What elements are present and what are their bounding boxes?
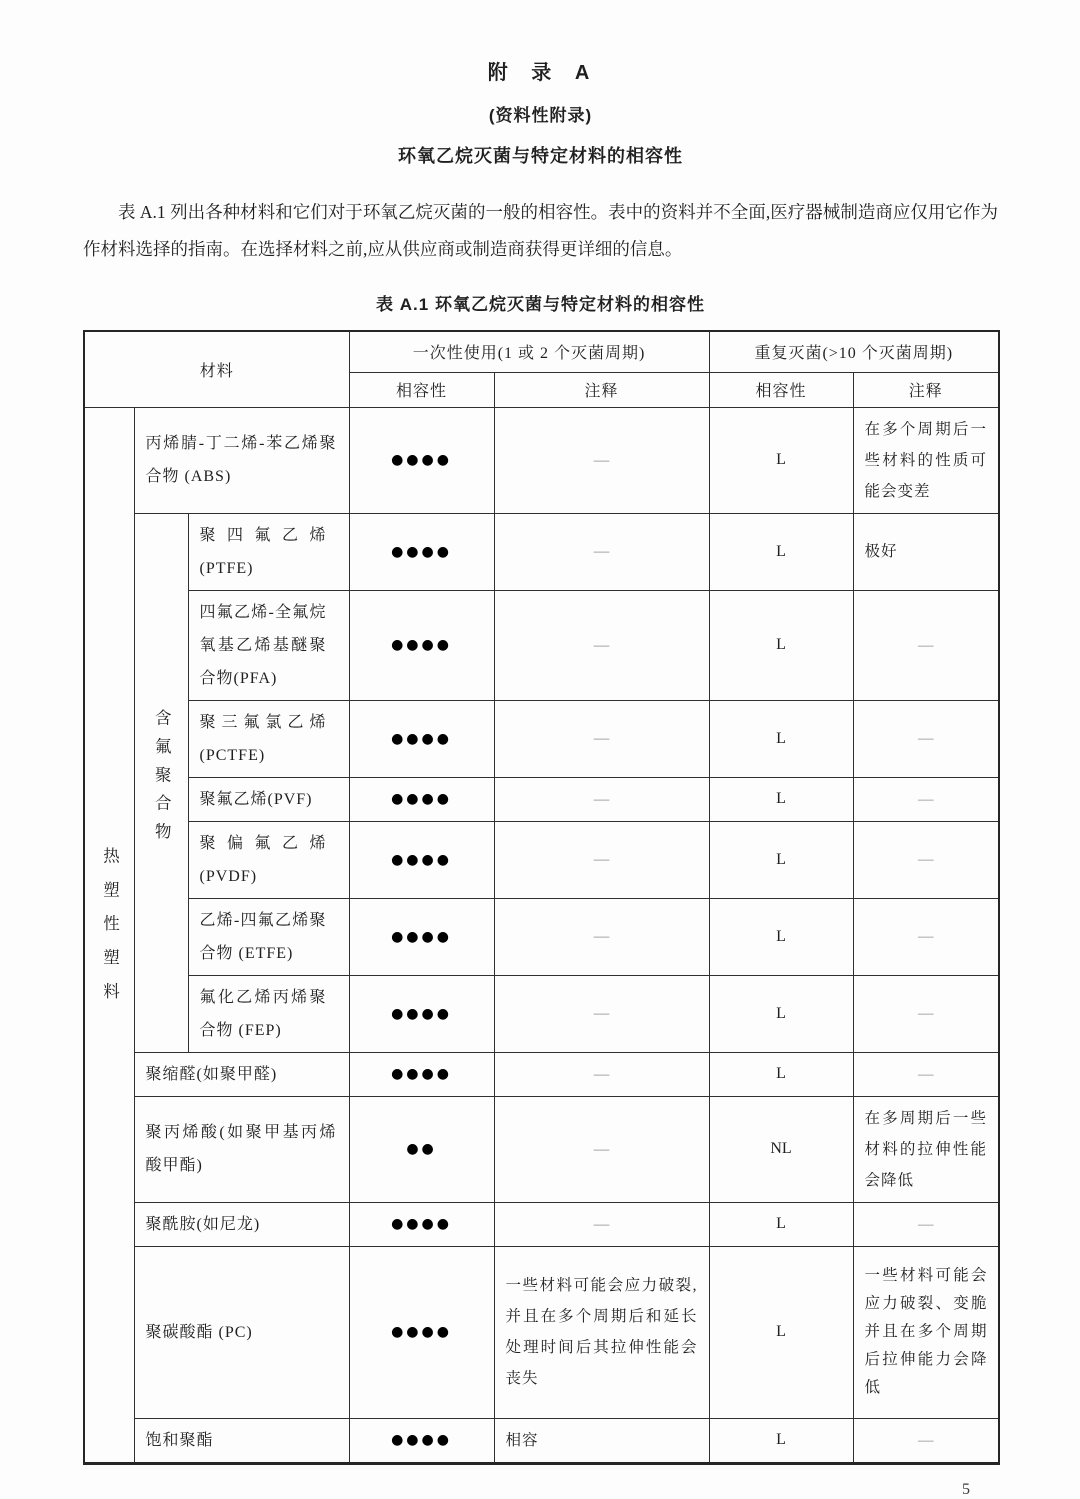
single-note-cell: 相容 <box>494 1418 709 1463</box>
header-single-notes: 注释 <box>494 372 709 407</box>
table-caption: 表 A.1 环氧乙烷灭菌与特定材料的相容性 <box>83 290 998 315</box>
single-note-cell: — <box>494 898 709 975</box>
single-compatibility-cell: ●●●● <box>349 821 494 898</box>
single-note-cell: — <box>494 1202 709 1246</box>
material-name-cell: 聚氟乙烯(PVF) <box>188 777 349 821</box>
material-name-cell: 聚偏氟乙烯(PVDF) <box>188 821 349 898</box>
repeat-note-cell: 在多个周期后一些材料的性质可能会变差 <box>853 407 999 513</box>
repeat-compatibility-cell: L <box>709 513 853 590</box>
single-compatibility-cell: ●●●● <box>349 700 494 777</box>
header-repeat-notes: 注释 <box>853 372 999 407</box>
header-repeated-group: 重复灭菌(>10 个灭菌周期) <box>709 331 999 372</box>
material-name-cell: 四氟乙烯-全氟烷氧基乙烯基醚聚合物(PFA) <box>188 590 349 700</box>
single-compatibility-cell: ●●●● <box>349 898 494 975</box>
appendix-type-subtitle: (资料性附录) <box>83 101 998 126</box>
single-compatibility-cell: ●●●● <box>349 1418 494 1463</box>
material-name-cell: 聚缩醛(如聚甲醛) <box>134 1052 349 1096</box>
repeat-compatibility-cell: L <box>709 407 853 513</box>
single-compatibility-cell: ●●●● <box>349 1202 494 1246</box>
repeat-note-cell: — <box>853 700 999 777</box>
repeat-note-cell: — <box>853 821 999 898</box>
table-row: 热塑性塑料 丙烯腈-丁二烯-苯乙烯聚合物 (ABS) ●●●● — L 在多个周… <box>84 407 999 513</box>
table-row: 聚缩醛(如聚甲醛) ●●●● — L — <box>84 1052 999 1096</box>
single-note-cell: — <box>494 407 709 513</box>
repeat-compatibility-cell: L <box>709 821 853 898</box>
repeat-note-cell: — <box>853 1418 999 1463</box>
intro-paragraph: 表 A.1 列出各种材料和它们对于环氧乙烷灭菌的一般的相容性。表中的资料并不全面… <box>83 194 998 268</box>
repeat-compatibility-cell: L <box>709 590 853 700</box>
repeat-note-cell: — <box>853 777 999 821</box>
single-compatibility-cell: ●●●● <box>349 1246 494 1418</box>
repeat-note-cell: — <box>853 1202 999 1246</box>
repeat-note-cell: — <box>853 590 999 700</box>
single-note-cell: — <box>494 590 709 700</box>
single-compatibility-cell: ●●●● <box>349 777 494 821</box>
repeat-note-cell: 极好 <box>853 513 999 590</box>
single-compatibility-cell: ●●●● <box>349 1052 494 1096</box>
repeat-compatibility-cell: L <box>709 898 853 975</box>
single-compatibility-cell: ●●●● <box>349 407 494 513</box>
single-note-cell: — <box>494 821 709 898</box>
table-row: 饱和聚酯 ●●●● 相容 L — <box>84 1418 999 1463</box>
single-note-cell: — <box>494 1052 709 1096</box>
repeat-compatibility-cell: L <box>709 777 853 821</box>
material-name-cell: 聚四氟乙烯(PTFE) <box>188 513 349 590</box>
table-row: 聚酰胺(如尼龙) ●●●● — L — <box>84 1202 999 1246</box>
header-repeat-compatibility: 相容性 <box>709 372 853 407</box>
repeat-note-cell: — <box>853 1052 999 1096</box>
repeat-compatibility-cell: L <box>709 975 853 1052</box>
material-name-cell: 聚酰胺(如尼龙) <box>134 1202 349 1246</box>
material-name-cell: 氟化乙烯丙烯聚合物 (FEP) <box>188 975 349 1052</box>
table-row: 聚氟乙烯(PVF) ●●●● — L — <box>84 777 999 821</box>
material-name-cell: 饱和聚酯 <box>134 1418 349 1463</box>
appendix-title: 附 录 A <box>83 56 998 85</box>
appendix-heading: 环氧乙烷灭菌与特定材料的相容性 <box>83 142 998 168</box>
page-number: 5 <box>83 1465 998 1499</box>
document-page: 附 录 A (资料性附录) 环氧乙烷灭菌与特定材料的相容性 表 A.1 列出各种… <box>0 0 1080 1499</box>
material-name-cell: 聚三氟氯乙烯(PCTFE) <box>188 700 349 777</box>
group-label-thermoplastics: 热塑性塑料 <box>84 407 134 1463</box>
table-row: 含氟聚合物 聚四氟乙烯(PTFE) ●●●● — L 极好 <box>84 513 999 590</box>
repeat-compatibility-cell: NL <box>709 1096 853 1202</box>
material-name-cell: 聚碳酸酯 (PC) <box>134 1246 349 1418</box>
single-compatibility-cell: ●● <box>349 1096 494 1202</box>
single-compatibility-cell: ●●●● <box>349 590 494 700</box>
repeat-note-cell: — <box>853 898 999 975</box>
material-name-cell: 丙烯腈-丁二烯-苯乙烯聚合物 (ABS) <box>134 407 349 513</box>
subgroup-label-fluoropolymers: 含氟聚合物 <box>134 513 188 1052</box>
table-row: 聚三氟氯乙烯(PCTFE) ●●●● — L — <box>84 700 999 777</box>
repeat-compatibility-cell: L <box>709 700 853 777</box>
header-single-compatibility: 相容性 <box>349 372 494 407</box>
table-row: 聚偏氟乙烯(PVDF) ●●●● — L — <box>84 821 999 898</box>
table-row: 乙烯-四氟乙烯聚合物 (ETFE) ●●●● — L — <box>84 898 999 975</box>
header-material: 材料 <box>84 331 349 407</box>
repeat-note-cell: 在多周期后一些材料的拉伸性能会降低 <box>853 1096 999 1202</box>
single-note-cell: — <box>494 777 709 821</box>
table-row: 四氟乙烯-全氟烷氧基乙烯基醚聚合物(PFA) ●●●● — L — <box>84 590 999 700</box>
table-row: 氟化乙烯丙烯聚合物 (FEP) ●●●● — L — <box>84 975 999 1052</box>
table-row: 聚碳酸酯 (PC) ●●●● 一些材料可能会应力破裂,并且在多个周期后和延长处理… <box>84 1246 999 1418</box>
repeat-compatibility-cell: L <box>709 1246 853 1418</box>
compatibility-table: 材料 一次性使用(1 或 2 个灭菌周期) 重复灭菌(>10 个灭菌周期) 相容… <box>83 330 1000 1465</box>
repeat-compatibility-cell: L <box>709 1202 853 1246</box>
single-note-cell: — <box>494 975 709 1052</box>
single-note-cell: — <box>494 700 709 777</box>
repeat-compatibility-cell: L <box>709 1418 853 1463</box>
material-name-cell: 乙烯-四氟乙烯聚合物 (ETFE) <box>188 898 349 975</box>
repeat-compatibility-cell: L <box>709 1052 853 1096</box>
single-note-cell: — <box>494 513 709 590</box>
single-compatibility-cell: ●●●● <box>349 975 494 1052</box>
repeat-note-cell: — <box>853 975 999 1052</box>
single-note-cell: — <box>494 1096 709 1202</box>
table-row: 聚丙烯酸(如聚甲基丙烯酸甲酯) ●● — NL 在多周期后一些材料的拉伸性能会降… <box>84 1096 999 1202</box>
single-note-cell: 一些材料可能会应力破裂,并且在多个周期后和延长处理时间后其拉伸性能会丧失 <box>494 1246 709 1418</box>
single-compatibility-cell: ●●●● <box>349 513 494 590</box>
header-single-use-group: 一次性使用(1 或 2 个灭菌周期) <box>349 331 709 372</box>
repeat-note-cell: 一些材料可能会应力破裂、变脆并且在多个周期后拉伸能力会降低 <box>853 1246 999 1418</box>
material-name-cell: 聚丙烯酸(如聚甲基丙烯酸甲酯) <box>134 1096 349 1202</box>
